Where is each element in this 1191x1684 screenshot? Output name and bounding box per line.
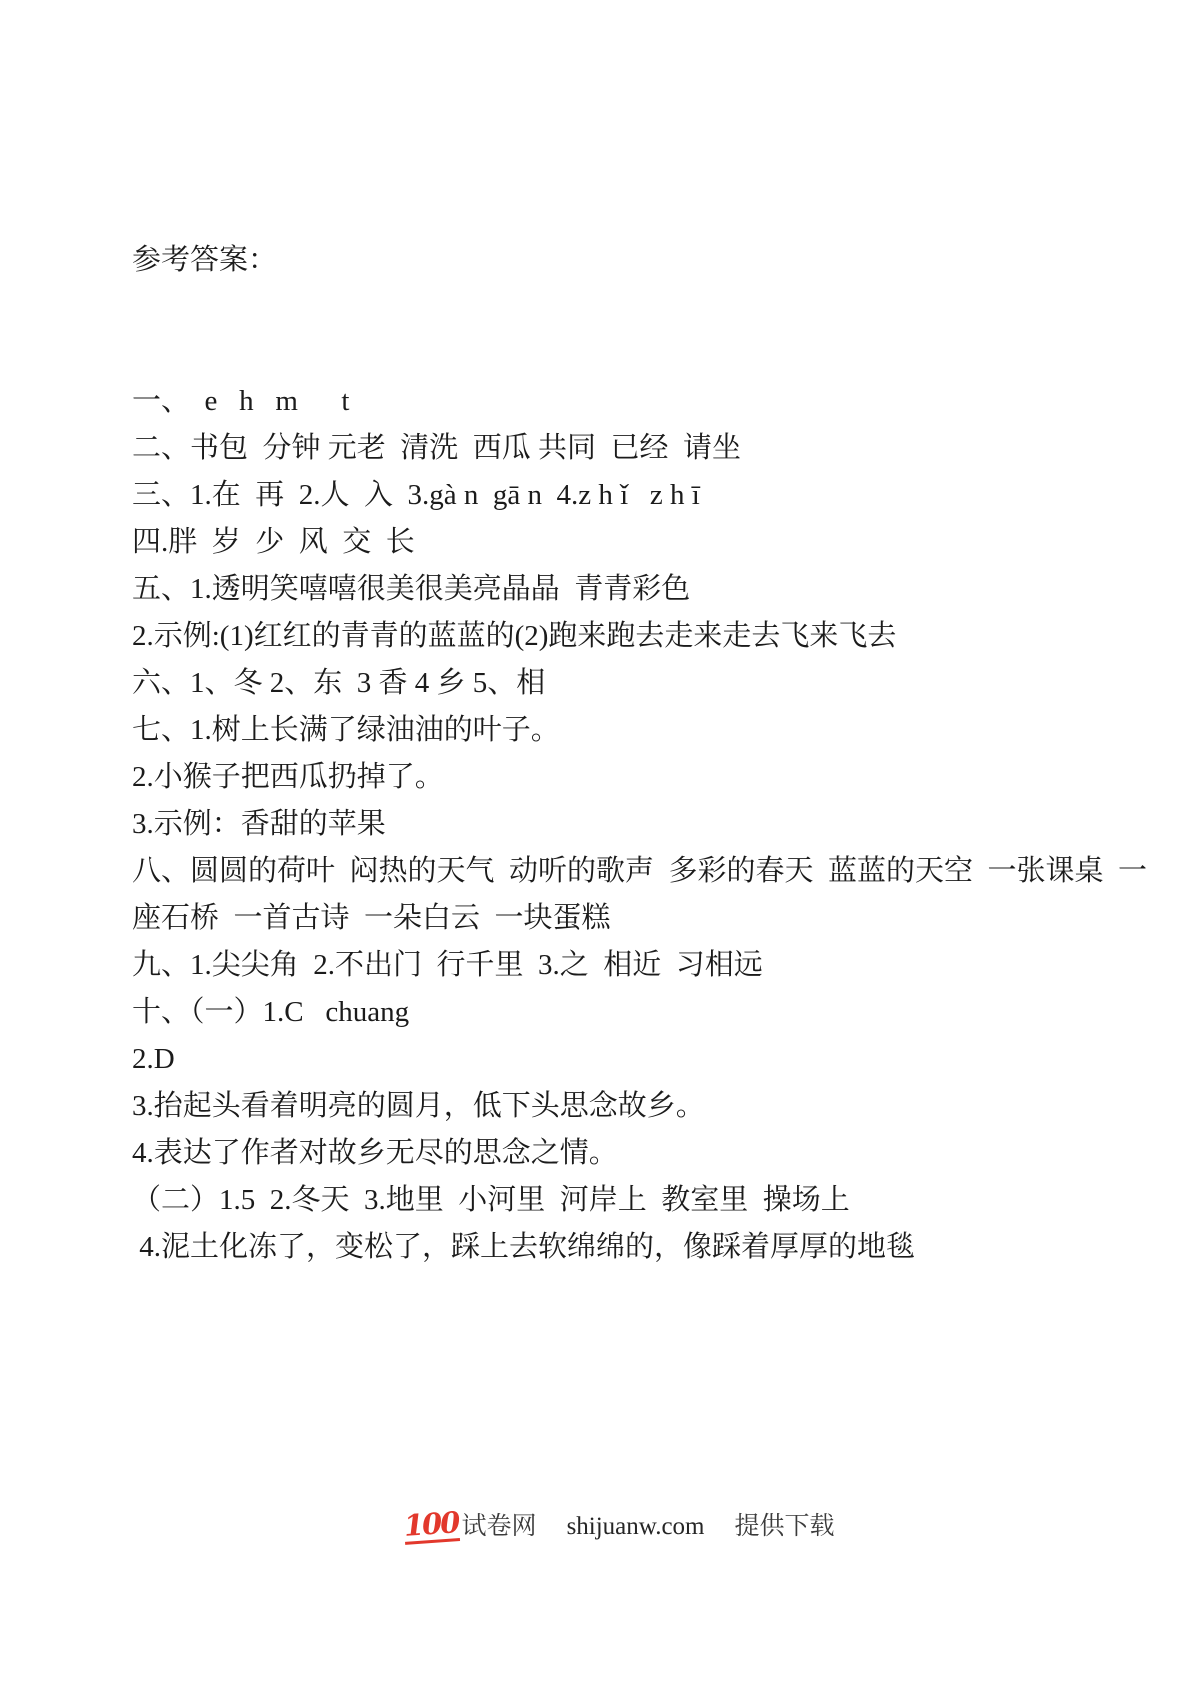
footer-download-label: 提供下载 [735, 1506, 835, 1542]
answer-sheet: 参考答案： 一、 e h m t二、书包 分钟 元老 清洗 西瓜 共同 已经 请… [132, 143, 1142, 1365]
answer-line: 五、1.透明笑嘻嘻很美很美亮晶晶 青青彩色 [132, 566, 1142, 613]
answer-line: 四.胖 岁 少 风 交 长 [132, 519, 1142, 566]
answer-line: 十、（一）1.C chuang [132, 989, 1142, 1036]
logo-sitename: 试卷网 [462, 1506, 537, 1542]
answer-line: 2.小猴子把西瓜扔掉了。 [132, 754, 1142, 801]
answer-lines: 一、 e h m t二、书包 分钟 元老 清洗 西瓜 共同 已经 请坐三、1.在… [132, 378, 1142, 1271]
answer-line: 三、1.在 再 2.人 入 3.gà n gā n 4.z h ǐ z h ī [132, 472, 1142, 519]
answer-line: 4.表达了作者对故乡无尽的思念之情。 [132, 1130, 1142, 1177]
answer-line: 2.D [132, 1036, 1142, 1083]
document-page: 参考答案： 一、 e h m t二、书包 分钟 元老 清洗 西瓜 共同 已经 请… [0, 0, 1191, 1684]
answer-line: 八、圆圆的荷叶 闷热的天气 动听的歌声 多彩的春天 蓝蓝的天空 一张课桌 一 [132, 848, 1142, 895]
footer-domain: shijuanw.com [567, 1513, 705, 1541]
answer-line: 二、书包 分钟 元老 清洗 西瓜 共同 已经 请坐 [132, 425, 1142, 472]
answer-line: 3.抬起头看着明亮的圆月，低下头思念故乡。 [132, 1083, 1142, 1130]
answer-line: 六、1、冬 2、东 3 香 4 乡 5、相 [132, 660, 1142, 707]
answer-line: 3.示例：香甜的苹果 [132, 801, 1142, 848]
footer-watermark: 100 试卷网 shijuanw.com 提供下载 [404, 1506, 835, 1543]
answer-line: （二）1.5 2.冬天 3.地里 小河里 河岸上 教室里 操场上 [132, 1177, 1142, 1224]
logo-100-icon: 100 [403, 1508, 460, 1545]
answer-line: 一、 e h m t [132, 378, 1142, 425]
site-logo: 100 试卷网 [404, 1506, 537, 1543]
answer-line: 2.示例:(1)红红的青青的蓝蓝的(2)跑来跑去走来走去飞来飞去 [132, 613, 1142, 660]
answer-line: 4.泥土化冻了，变松了，踩上去软绵绵的，像踩着厚厚的地毯 [132, 1224, 1142, 1271]
answer-line: 七、1.树上长满了绿油油的叶子。 [132, 707, 1142, 754]
answer-line: 座石桥 一首古诗 一朵白云 一块蛋糕 [132, 895, 1142, 942]
answer-line: 九、1.尖尖角 2.不出门 行千里 3.之 相近 习相远 [132, 942, 1142, 989]
page-title: 参考答案： [132, 237, 1142, 284]
